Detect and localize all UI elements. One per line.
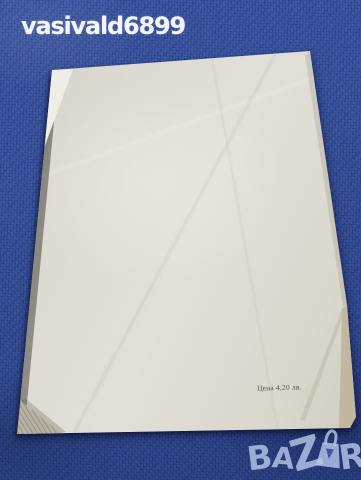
logo-letter-b: B [245,440,274,476]
logo-letter-r: R [337,438,361,475]
bazar-marketplace-logo: B A Z R [247,431,355,480]
book-back-cover: Цена 4,20 лв. [0,0,361,480]
seller-watermark: vasivald6899 [21,12,185,40]
photo-of-book-on-fabric: Цена 4,20 лв. vasivald6899 B A Z R [0,0,361,480]
printed-price-label: Цена 4,20 лв. [257,382,302,392]
book-shadow-wrap: Цена 4,20 лв. [0,0,361,480]
